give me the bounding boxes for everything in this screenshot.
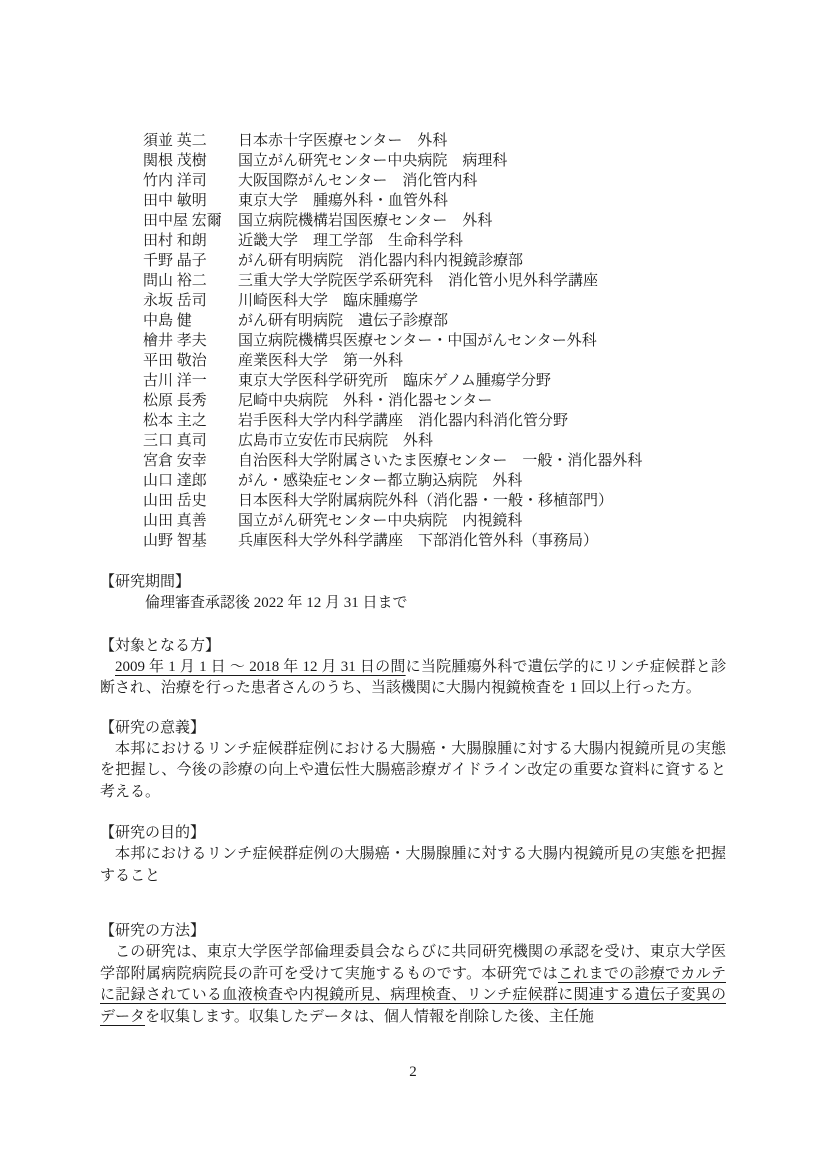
researcher-name: 田中 敏明 — [143, 191, 238, 211]
researcher-name: 関根 茂樹 — [143, 151, 238, 171]
researcher-name: 山田 岳史 — [143, 491, 238, 511]
method-after-text: を収集します。収集したデータは、個人情報を削除した後、主任施 — [145, 1009, 594, 1025]
section-body-purpose: 本邦におけるリンチ症候群症例の大腸癌・大腸腺腫に対する大腸内視鏡所見の実態を把握… — [100, 844, 726, 887]
researcher-name: 山田 真善 — [143, 511, 238, 531]
researcher-affiliation: がん研有明病院 消化器内科内視鏡診療部 — [238, 251, 726, 271]
researcher-row: 宮倉 安幸 自治医科大学附属さいたま医療センター 一般・消化器外科 — [143, 451, 726, 471]
researcher-name: 山口 達郎 — [143, 471, 238, 491]
researcher-affiliation: 大阪国際がんセンター 消化管内科 — [238, 171, 726, 191]
section-body-period: 倫理審査承認後 2022 年 12 月 31 日まで — [100, 593, 726, 615]
researcher-row: 関根 茂樹 国立がん研究センター中央病院 病理科 — [143, 151, 726, 171]
researcher-row: 千野 晶子 がん研有明病院 消化器内科内視鏡診療部 — [143, 251, 726, 271]
researcher-name: 田村 和朗 — [143, 231, 238, 251]
researcher-name: 永坂 岳司 — [143, 291, 238, 311]
researcher-row: 中島 健 がん研有明病院 遺伝子診療部 — [143, 311, 726, 331]
researcher-affiliation: 岩手医科大学内科学講座 消化器内科消化管分野 — [238, 411, 726, 431]
section-heading-significance: 【研究の意義】 — [100, 717, 726, 739]
researcher-name: 三口 真司 — [143, 431, 238, 451]
researcher-row: 山口 達郎 がん・感染症センター都立駒込病院 外科 — [143, 471, 726, 491]
section-purpose: 【研究の目的】 本邦におけるリンチ症候群症例の大腸癌・大腸腺腫に対する大腸内視鏡… — [100, 822, 726, 887]
section-body-significance: 本邦におけるリンチ症候群症例における大腸癌・大腸腺腫に対する大腸内視鏡所見の実態… — [100, 739, 726, 804]
section-heading-subjects: 【対象となる方】 — [100, 635, 726, 657]
researcher-row: 須並 英二 日本赤十字医療センター 外科 — [143, 131, 726, 151]
subjects-underlined-range: 2009 年 1 月 1 日 ～ 2018 年 12 月 31 日の間 — [115, 659, 406, 675]
researcher-row: 平田 敬治 産業医科大学 第一外科 — [143, 351, 726, 371]
researcher-affiliation: 近畿大学 理工学部 生命科学科 — [238, 231, 726, 251]
researcher-affiliation: 三重大学大学院医学系研究科 消化管小児外科学講座 — [238, 271, 726, 291]
researcher-name: 松本 主之 — [143, 411, 238, 431]
document-page: 須並 英二 日本赤十字医療センター 外科 関根 茂樹 国立がん研究センター中央病… — [0, 0, 826, 1169]
researcher-row: 問山 裕二 三重大学大学院医学系研究科 消化管小児外科学講座 — [143, 271, 726, 291]
researcher-name: 宮倉 安幸 — [143, 451, 238, 471]
researcher-affiliation: 日本医科大学附属病院外科（消化器・一般・移植部門） — [238, 491, 726, 511]
researcher-affiliation: 自治医科大学附属さいたま医療センター 一般・消化器外科 — [238, 451, 726, 471]
researcher-row: 田中 敏明 東京大学 腫瘍外科・血管外科 — [143, 191, 726, 211]
researcher-affiliation: 国立がん研究センター中央病院 病理科 — [238, 151, 726, 171]
researcher-row: 山野 智基 兵庫医科大学外科学講座 下部消化管外科（事務局） — [143, 531, 726, 551]
researcher-list: 須並 英二 日本赤十字医療センター 外科 関根 茂樹 国立がん研究センター中央病… — [100, 131, 726, 551]
researcher-row: 山田 真善 国立がん研究センター中央病院 内視鏡科 — [143, 511, 726, 531]
researcher-row: 田中屋 宏爾 国立病院機構岩国医療センター 外科 — [143, 211, 726, 231]
section-heading-purpose: 【研究の目的】 — [100, 822, 726, 844]
researcher-name: 問山 裕二 — [143, 271, 238, 291]
section-heading-period: 【研究期間】 — [100, 571, 726, 593]
document-content: 須並 英二 日本赤十字医療センター 外科 関根 茂樹 国立がん研究センター中央病… — [100, 131, 726, 1028]
researcher-affiliation: 国立病院機構呉医療センター・中国がんセンター外科 — [238, 331, 726, 351]
researcher-affiliation: 尼崎中央病院 外科・消化器センター — [238, 391, 726, 411]
researcher-name: 須並 英二 — [143, 131, 238, 151]
section-body-subjects: 2009 年 1 月 1 日 ～ 2018 年 12 月 31 日の間に当院腫瘍… — [100, 657, 726, 700]
researcher-row: 松本 主之 岩手医科大学内科学講座 消化器内科消化管分野 — [143, 411, 726, 431]
researcher-name: 古川 洋一 — [143, 371, 238, 391]
researcher-name: 千野 晶子 — [143, 251, 238, 271]
researcher-name: 平田 敬治 — [143, 351, 238, 371]
researcher-row: 檜井 孝夫 国立病院機構呉医療センター・中国がんセンター外科 — [143, 331, 726, 351]
researcher-row: 竹内 洋司 大阪国際がんセンター 消化管内科 — [143, 171, 726, 191]
researcher-affiliation: がん研有明病院 遺伝子診療部 — [238, 311, 726, 331]
researcher-row: 三口 真司 広島市立安佐市民病院 外科 — [143, 431, 726, 451]
researcher-affiliation: 東京大学医科学研究所 臨床ゲノム腫瘍学分野 — [238, 371, 726, 391]
section-subjects: 【対象となる方】 2009 年 1 月 1 日 ～ 2018 年 12 月 31… — [100, 635, 726, 700]
researcher-name: 竹内 洋司 — [143, 171, 238, 191]
researcher-affiliation: がん・感染症センター都立駒込病院 外科 — [238, 471, 726, 491]
researcher-affiliation: 兵庫医科大学外科学講座 下部消化管外科（事務局） — [238, 531, 726, 551]
researcher-affiliation: 国立病院機構岩国医療センター 外科 — [238, 211, 726, 231]
researcher-affiliation: 産業医科大学 第一外科 — [238, 351, 726, 371]
researcher-name: 山野 智基 — [143, 531, 238, 551]
researcher-row: 田村 和朗 近畿大学 理工学部 生命科学科 — [143, 231, 726, 251]
researcher-name: 中島 健 — [143, 311, 238, 331]
researcher-name: 松原 長秀 — [143, 391, 238, 411]
researcher-name: 田中屋 宏爾 — [143, 211, 238, 231]
researcher-row: 永坂 岳司 川崎医科大学 臨床腫瘍学 — [143, 291, 726, 311]
section-heading-method: 【研究の方法】 — [100, 920, 726, 942]
researcher-row: 古川 洋一 東京大学医科学研究所 臨床ゲノム腫瘍学分野 — [143, 371, 726, 391]
researcher-row: 山田 岳史 日本医科大学附属病院外科（消化器・一般・移植部門） — [143, 491, 726, 511]
researcher-row: 松原 長秀 尼崎中央病院 外科・消化器センター — [143, 391, 726, 411]
researcher-affiliation: 国立がん研究センター中央病院 内視鏡科 — [238, 511, 726, 531]
page-number: 2 — [0, 1062, 826, 1082]
researcher-affiliation: 日本赤十字医療センター 外科 — [238, 131, 726, 151]
section-body-method: この研究は、東京大学医学部倫理委員会ならびに共同研究機関の承認を受け、東京大学医… — [100, 942, 726, 1028]
researcher-name: 檜井 孝夫 — [143, 331, 238, 351]
section-significance: 【研究の意義】 本邦におけるリンチ症候群症例における大腸癌・大腸腺腫に対する大腸… — [100, 717, 726, 804]
researcher-affiliation: 東京大学 腫瘍外科・血管外科 — [238, 191, 726, 211]
researcher-affiliation: 川崎医科大学 臨床腫瘍学 — [238, 291, 726, 311]
section-research-period: 【研究期間】 倫理審査承認後 2022 年 12 月 31 日まで — [100, 571, 726, 615]
researcher-affiliation: 広島市立安佐市民病院 外科 — [238, 431, 726, 451]
section-method: 【研究の方法】 この研究は、東京大学医学部倫理委員会ならびに共同研究機関の承認を… — [100, 920, 726, 1028]
